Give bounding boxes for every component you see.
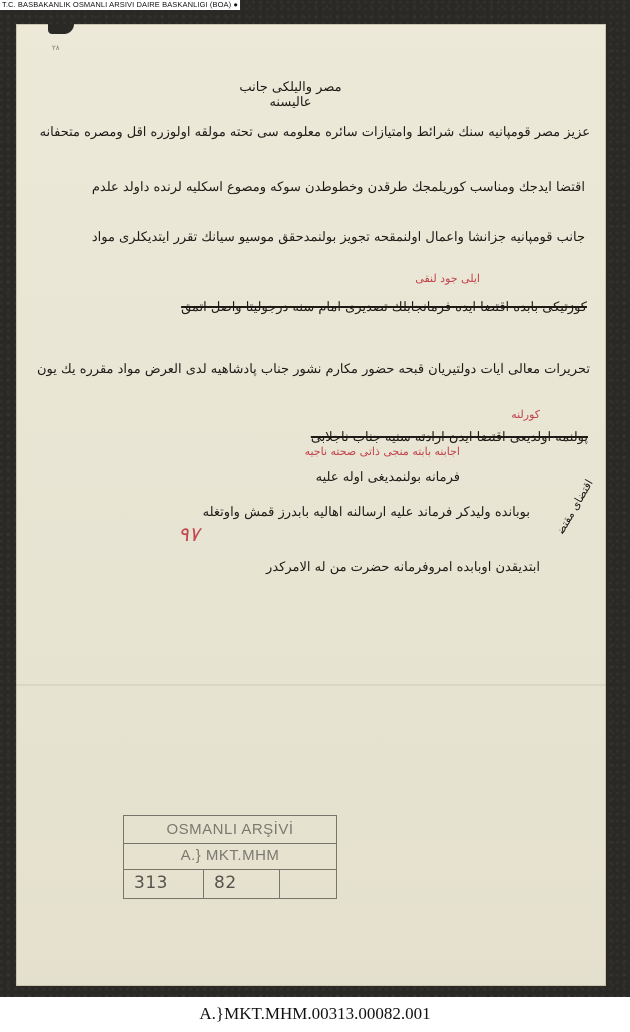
archive-header-label: T.C. BASBAKANLIK OSMANLI ARSIVI DAIRE BA… <box>0 0 240 10</box>
red-annotation: کورلنه <box>480 408 540 421</box>
stamp-extra-cell <box>280 869 336 898</box>
stamp-box-number: 313 <box>124 869 204 898</box>
stamp-numbers: 313 82 <box>124 869 336 898</box>
stamp-title: OSMANLI ARŞİVİ <box>124 816 336 844</box>
folio-number: ٩٧ <box>178 522 199 546</box>
document-title: مصر والیلکی جانب عالیسنه <box>238 80 343 110</box>
document-line: تحریرات معالی آیات دولتیریان قبحه حضور م… <box>30 362 590 377</box>
document-line: اقتضا ایدجك ومناسب کوریلمجك طرقدن وخطوطد… <box>40 180 585 195</box>
scanned-document-viewport: T.C. BASBAKANLIK OSMANLI ARSIVI DAIRE BA… <box>0 0 630 997</box>
document-line: ابتدیقدن اوبابده امروفرمانه حضرت من له ا… <box>240 560 540 575</box>
page-mark: ٢٨ <box>52 44 60 52</box>
red-annotation: ایلی جود لنقی <box>390 272 480 285</box>
stamp-file-number: 82 <box>204 869 280 898</box>
document-reference: A.}MKT.MHM.00313.00082.001 <box>0 997 630 1032</box>
paper-fold-line <box>16 684 606 686</box>
document-line: بوبانده ولیدکر فرماند علیه ارسالنه اهالی… <box>100 505 530 520</box>
document-line: جانب قومپانیه جزانشا واعمال اولنمقحه تجو… <box>45 230 585 245</box>
document-line-struck: کوزتیکی بابده اقتضا ایده فرمانجابلك تصدی… <box>32 300 587 315</box>
document-line: عزیز مصر قومپانیه سنك شرائط وامتیازات سا… <box>30 125 590 140</box>
red-annotation: اجابنه بابته منجی ذاتی صحته ناجیه <box>200 445 460 458</box>
archive-stamp: OSMANLI ARŞİVİ A.} MKT.MHM 313 82 <box>123 815 337 899</box>
document-line: فرمانه بولنمدیغی اوله علیه <box>240 470 460 485</box>
document-line-struck: پولنمه اولدیعی اقتضا ایدن ارادته سنیه جن… <box>28 430 588 445</box>
stamp-collection: A.} MKT.MHM <box>124 843 336 870</box>
